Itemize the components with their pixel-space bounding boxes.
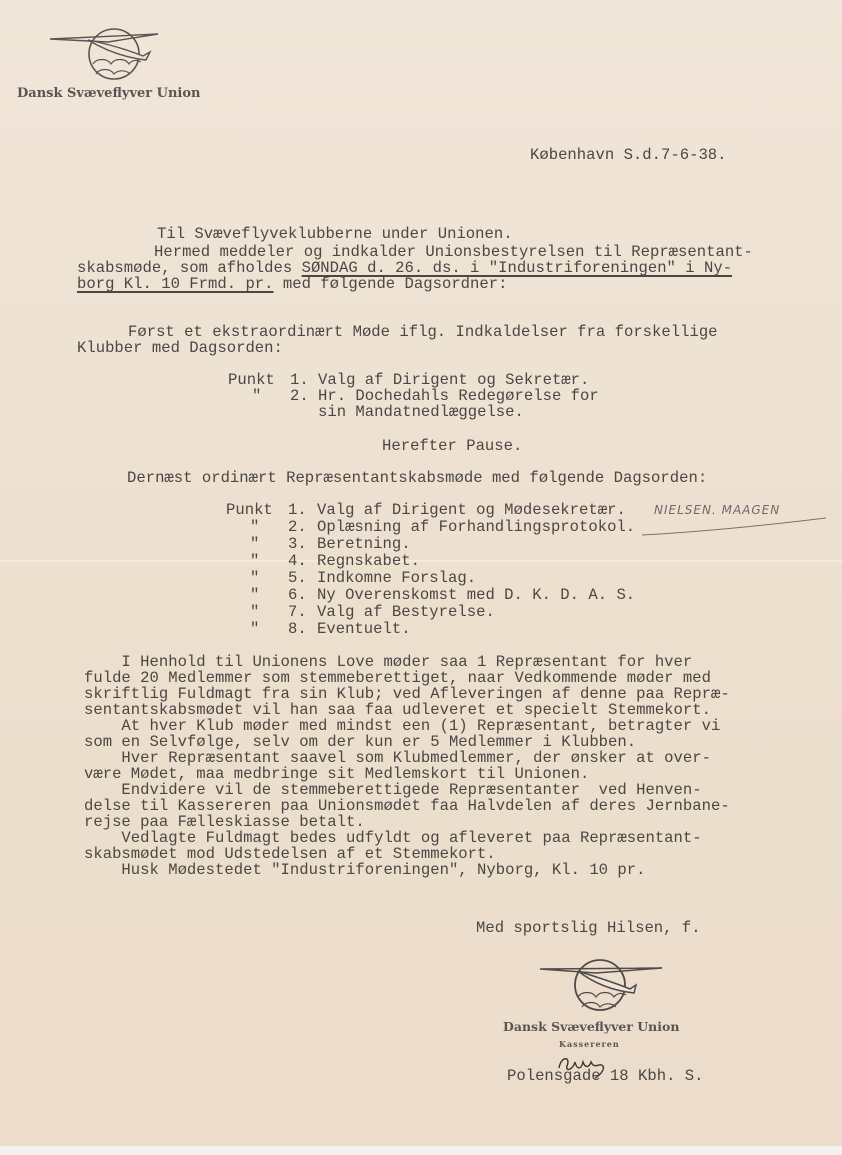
extra-item-text: Hr. Dochedahls Redegørelse for [318, 388, 599, 404]
ordinary-item-prefix: " [250, 587, 259, 603]
ordinary-item-text: Valg af Dirigent og Mødesekretær. [317, 502, 626, 518]
place-date: København S.d.7-6-38. [530, 147, 727, 163]
extra-item-prefix: " [252, 388, 261, 404]
extra-item-text: Valg af Dirigent og Sekretær. [318, 372, 589, 388]
paper-fold [0, 560, 842, 562]
ordinary-item-text: Ny Overenskomst med D. K. D. A. S. [317, 587, 635, 603]
body-line: delse til Kassereren paa Unionsmødet faa… [84, 798, 730, 814]
pause-line: Herefter Pause. [382, 438, 522, 454]
extra-item-num: 1. [290, 372, 309, 388]
stamp-role: Kassereren [559, 1039, 620, 1049]
intro-line-1: Hermed meddeler og indkalder Unionsbesty… [154, 244, 753, 260]
intro-line-3: borg Kl. 10 Frmd. pr. med følgende Dagso… [77, 276, 507, 292]
ordinary-intro: Dernæst ordinært Repræsentantskabsmøde m… [127, 470, 707, 486]
ordinary-item-prefix: Punkt [226, 502, 273, 518]
body-line: sentantskabsmødet vil han saa faa udleve… [84, 702, 711, 718]
extra-item-prefix: Punkt [228, 372, 275, 388]
body-line: Husk Mødestedet "Industriforeningen", Ny… [84, 862, 645, 878]
stamp-glider-emblem-icon [538, 955, 668, 1015]
body-line: være Mødet, maa medbringe sit Medlemskor… [84, 766, 589, 782]
ordinary-item-text: Oplæsning af Forhandlingsprotokol. [317, 519, 635, 535]
meeting-time-underlined: borg Kl. 10 Frmd. pr. [77, 275, 274, 293]
closing-greeting: Med sportslig Hilsen, f. [476, 920, 701, 936]
extraordinary-intro-2: Klubber med Dagsorden: [77, 340, 283, 356]
ordinary-item-num: 6. [288, 587, 307, 603]
ordinary-item-num: 7. [288, 604, 307, 620]
body-line: Endvidere vil de stemmeberettigede Repræ… [84, 782, 702, 798]
intro-line-2: skabsmøde, som afholdes SØNDAG d. 26. ds… [77, 260, 732, 276]
ordinary-item-prefix: " [250, 570, 259, 586]
ordinary-item-num: 3. [288, 536, 307, 552]
scan-background [0, 1146, 842, 1155]
ordinary-item-prefix: " [250, 621, 259, 637]
body-line: Vedlagte Fuldmagt bedes udfyldt og aflev… [84, 830, 702, 846]
body-line: Hver Repræsentant saavel som Klubmedlemm… [84, 750, 711, 766]
ordinary-item-num: 1. [288, 502, 307, 518]
ordinary-item-text: Eventuelt. [317, 621, 411, 637]
body-line: I Henhold til Unionens Love møder saa 1 … [84, 654, 692, 670]
ordinary-item-text: Valg af Bestyrelse. [317, 604, 495, 620]
body-line: som en Selvfølge, selv om der kun er 5 M… [84, 734, 636, 750]
ordinary-item-num: 2. [288, 519, 307, 535]
ordinary-item-text: Regnskabet. [317, 553, 420, 569]
stamp-org-name: Dansk Svæveflyver Union [503, 1019, 679, 1034]
ordinary-item-prefix: " [250, 553, 259, 569]
ordinary-item-num: 8. [288, 621, 307, 637]
salutation: Til Svæveflyveklubberne under Unionen. [157, 226, 513, 242]
body-line: rejse paa Fælleskiasse betalt. [84, 814, 365, 830]
extraordinary-intro-1: Først et ekstraordinært Møde iflg. Indka… [128, 324, 718, 340]
body-line: fulde 20 Medlemmer som stemmeberettiget,… [84, 670, 711, 686]
ordinary-item-text: Beretning. [317, 536, 411, 552]
extra-item-num: 2. [290, 388, 309, 404]
body-line: At hver Klub møder med mindst een (1) Re… [84, 718, 720, 734]
ordinary-item-num: 4. [288, 553, 307, 569]
ordinary-item-num: 5. [288, 570, 307, 586]
body-line: skriftlig Fuldmagt fra sin Klub; ved Afl… [84, 686, 730, 702]
glider-emblem-icon [48, 22, 188, 82]
extra-item-text: sin Mandatnedlæggelse. [318, 404, 524, 420]
intro-line-3-text: med følgende Dagsordner: [274, 275, 508, 293]
handwritten-underline [640, 512, 830, 538]
ordinary-item-text: Indkomne Forslag. [317, 570, 476, 586]
sender-address: Polensgade 18 Kbh. S. [507, 1068, 704, 1084]
body-line: skabsmødet mod Udstedelsen af et Stemmek… [84, 846, 496, 862]
ordinary-item-prefix: " [250, 536, 259, 552]
ordinary-item-prefix: " [250, 604, 259, 620]
letterhead-org-name: Dansk Svæveflyver Union [17, 86, 201, 101]
ordinary-item-prefix: " [250, 519, 259, 535]
